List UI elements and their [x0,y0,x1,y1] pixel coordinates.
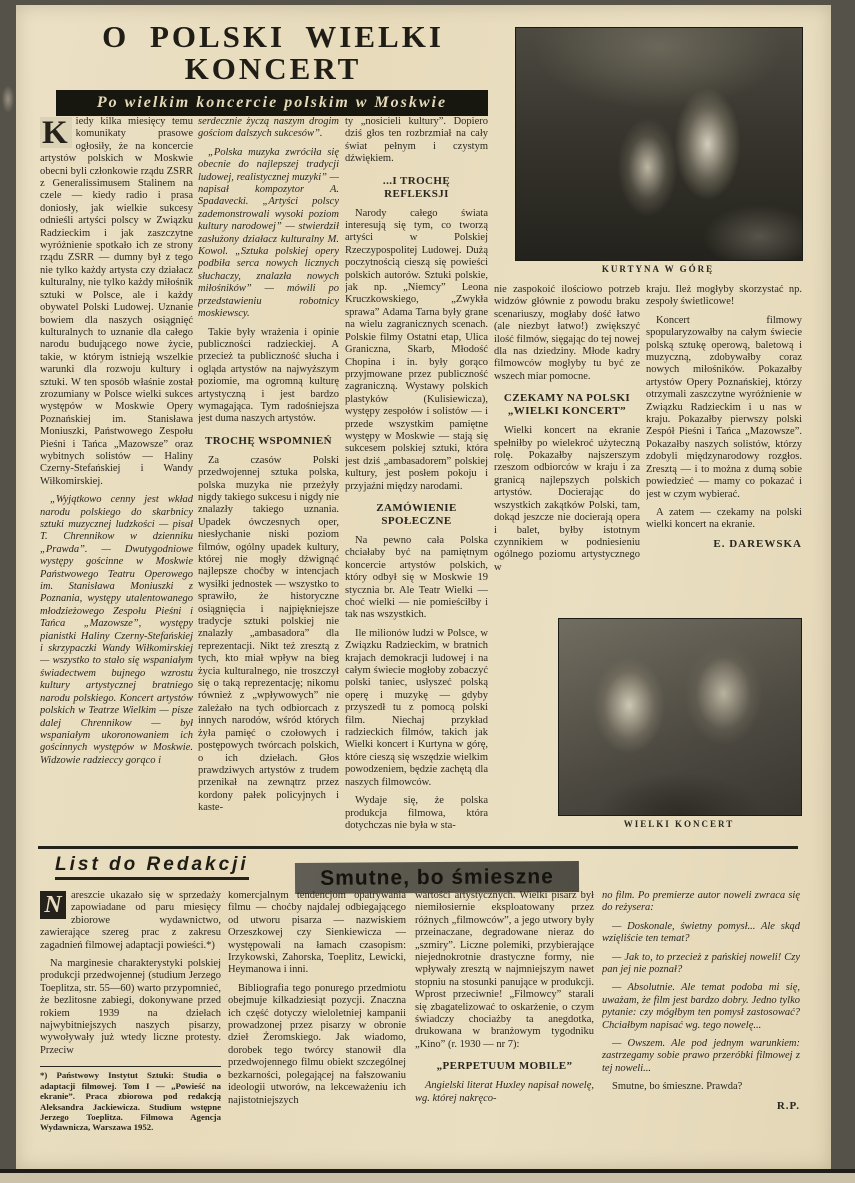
paragraph: — Owszem. Ale pod jednym warunkiem: zast… [602,1038,800,1075]
paragraph: Angielski literat Huxley napisał nowelę,… [415,1080,594,1105]
author-signature: E. DAREWSKA [646,538,802,550]
paragraph: Wydaje się, że polska produkcja filmowa,… [345,795,488,832]
photo-caption-top: KURTYNA W GÓRĘ [515,264,801,274]
subhead-perpetuum-mobile: „PERPETUUM MOBILE” [419,1060,590,1073]
paragraph: Na marginesie charakterystyki polskiej p… [40,958,221,1057]
newspaper-page: O POLSKI WIELKI KONCERT NA EKRANIE Po wi… [16,5,831,1169]
paragraph: nie zaspokoić ilościowo potrzeb widzów g… [494,284,640,383]
paragraph: Smutne, bo śmieszne. Prawda? [602,1081,800,1093]
letters-section-title: List do Redakcji [55,854,249,880]
paragraph: — Jak to, to przecież z pańskiej noweli!… [602,952,800,977]
paragraph: no film. Po premierze autor noweli zwrac… [602,890,800,915]
letters-column-1: Nareszcie ukazało się w sprzedaży zapowi… [40,890,221,1158]
letters-signature: R.P. [602,1100,800,1112]
scan-edge [0,1169,855,1183]
dropcap-n: N [40,891,66,919]
photo-kurtyna-w-gore [515,27,803,261]
kicker-banner: Po wielkim koncercie polskim w Moskwie [56,90,488,116]
paragraph: Takie były wrażenia i opinie publicznośc… [198,327,339,426]
article-column-4: nie zaspokoić ilościowo potrzeb widzów g… [494,284,640,606]
paragraph: Za czasów Polski przedwojennej sztuka po… [198,455,339,815]
subhead-i-troche-refleksji: ...I TROCHĘ REFLEKSJI [349,175,484,201]
paragraph: Narody całego świata interesują się tym,… [345,208,488,493]
paragraph: Koncert filmowy spopularyzowałby na cały… [646,315,802,501]
paragraph: Kiedy kilka miesięcy temu komunikaty pra… [40,116,193,488]
paragraph: „Wyjątkowo cenny jest wkład narodu polsk… [40,494,193,767]
paragraph-text: iedy kilka miesięcy temu komunikaty pras… [40,116,193,487]
paragraph: Nareszcie ukazało się w sprzedaży zapowi… [40,890,221,952]
paragraph: komercjalnym tendencjom opatrywania film… [228,890,406,977]
letters-column-2: komercjalnym tendencjom opatrywania film… [228,890,406,1158]
paragraph: — Absolutnie. Ale temat podoba mi się, u… [602,982,800,1032]
footnote: *) Państwowy Instytut Sztuki: Studia o a… [40,1066,221,1132]
paragraph: Wielki koncert na ekranie spełniłby po w… [494,425,640,574]
article-column-2: serdecznie życzą naszym drogim gościom d… [198,116,339,846]
paragraph: — Doskonale, świetny pomysł... Ale skąd … [602,921,800,946]
scan-artifact [2,86,14,112]
paragraph: Na pewno cała Polska chciałaby być na pa… [345,535,488,622]
subhead-troche-wspomnien: TROCHĘ WSPOMNIEŃ [202,435,335,448]
section-divider-rule [38,846,798,849]
paragraph: „Polska muzyka zwróciła się obecnie do n… [198,147,339,321]
paragraph: ty „nosicieli kultury”. Dopiero dziś gło… [345,116,488,166]
subhead-czekamy-na-polski: CZEKAMY NA POLSKI „WIELKI KONCERT” [498,392,636,418]
letters-column-3: wartości artystycznych. Wielki pisarz by… [415,890,594,1158]
paragraph: kraju. Ileż mogłyby skorzystać np. zespo… [646,284,802,309]
article-column-3: ty „nosicieli kultury”. Dopiero dziś gło… [345,116,488,846]
paragraph: Bibliografia tego ponurego przedmiotu ob… [228,983,406,1107]
paragraph: wartości artystycznych. Wielki pisarz by… [415,890,594,1051]
letters-column-4: no film. Po premierze autor noweli zwrac… [602,890,800,1158]
photo-wielki-koncert [558,618,802,816]
article-column-5: kraju. Ileż mogłyby skorzystać np. zespo… [646,284,802,614]
paragraph: A zatem — czekamy na polski wielki konce… [646,507,802,532]
dropcap-k: K [40,117,72,148]
article-title-line1: O POLSKI WIELKI KONCERT [38,21,508,85]
paragraph: Ile milionów ludzi w Polsce, w Związku R… [345,628,488,789]
subhead-zamowienie-spoleczne: ZAMÓWIENIE SPOŁECZNE [349,502,484,528]
photo-caption-bottom: WIELKI KONCERT [558,819,800,829]
paragraph: serdecznie życzą naszym drogim gościom d… [198,116,339,141]
paragraph-text: areszcie ukazało się w sprzedaży zapowia… [40,890,221,951]
article-column-1: Kiedy kilka miesięcy temu komunikaty pra… [40,116,193,846]
